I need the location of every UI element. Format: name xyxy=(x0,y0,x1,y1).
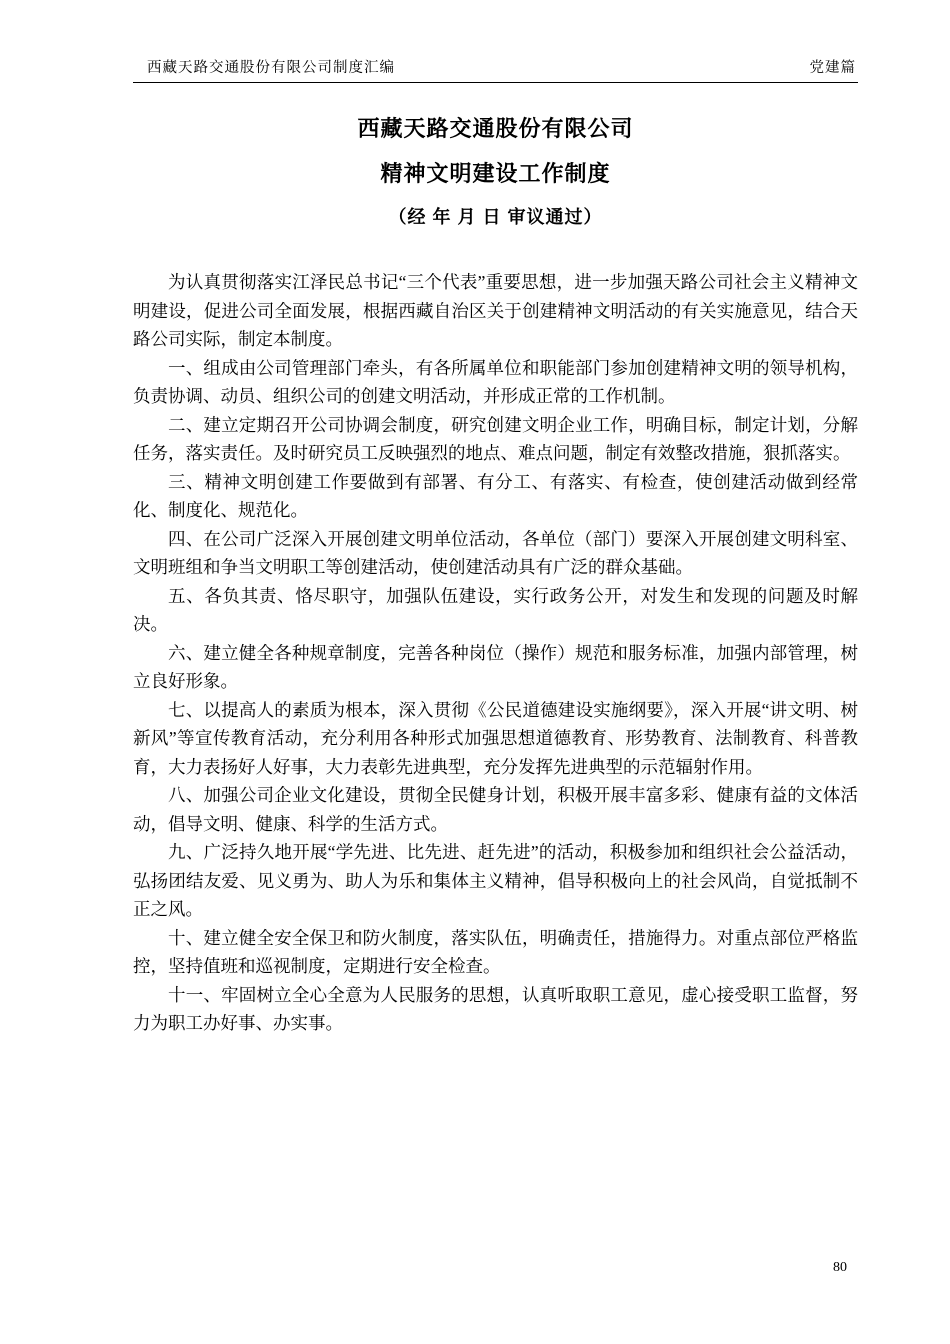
body-paragraph-3: 三、精神文明创建工作要做到有部署、有分工、有落实、有检查，使创建活动做到经常化、… xyxy=(133,468,858,525)
body-paragraph-2: 二、建立定期召开公司协调会制度，研究创建文明企业工作，明确目标，制定计划，分解任… xyxy=(133,411,858,468)
body-paragraph-intro: 为认真贯彻落实江泽民总书记“三个代表”重要思想，进一步加强天路公司社会主义精神文… xyxy=(133,268,858,354)
document-title: 西藏天路交通股份有限公司 xyxy=(133,112,858,143)
body-paragraph-9: 九、广泛持久地开展“学先进、比先进、赶先进”的活动，积极参加和组织社会公益活动，… xyxy=(133,838,858,924)
approval-line: （经 年 月 日 审议通过） xyxy=(133,203,858,229)
body-paragraph-11: 十一、牢固树立全心全意为人民服务的思想，认真听取职工意见，虚心接受职工监督，努力… xyxy=(133,981,858,1038)
document-page: 西藏天路交通股份有限公司制度汇编 党建篇 西藏天路交通股份有限公司 精神文明建设… xyxy=(0,0,950,1344)
page-header: 西藏天路交通股份有限公司制度汇编 党建篇 xyxy=(133,56,858,83)
document-body: 为认真贯彻落实江泽民总书记“三个代表”重要思想，进一步加强天路公司社会主义精神文… xyxy=(133,268,858,1038)
header-right-text: 党建篇 xyxy=(810,56,857,77)
body-paragraph-7: 七、以提高人的素质为根本，深入贯彻《公民道德建设实施纲要》，深入开展“讲文明、树… xyxy=(133,696,858,782)
body-paragraph-5: 五、各负其责、恪尽职守，加强队伍建设，实行政务公开，对发生和发现的问题及时解决。 xyxy=(133,582,858,639)
body-paragraph-10: 十、建立健全安全保卫和防火制度，落实队伍，明确责任，措施得力。对重点部位严格监控… xyxy=(133,924,858,981)
header-left-text: 西藏天路交通股份有限公司制度汇编 xyxy=(147,56,395,77)
body-paragraph-6: 六、建立健全各种规章制度，完善各种岗位（操作）规范和服务标准，加强内部管理，树立… xyxy=(133,639,858,696)
body-paragraph-4: 四、在公司广泛深入开展创建文明单位活动，各单位（部门）要深入开展创建文明科室、文… xyxy=(133,525,858,582)
body-paragraph-1: 一、组成由公司管理部门牵头，有各所属单位和职能部门参加创建精神文明的领导机构，负… xyxy=(133,354,858,411)
document-subtitle: 精神文明建设工作制度 xyxy=(133,157,858,188)
page-number: 80 xyxy=(833,1260,847,1276)
body-paragraph-8: 八、加强公司企业文化建设，贯彻全民健身计划，积极开展丰富多彩、健康有益的文体活动… xyxy=(133,781,858,838)
